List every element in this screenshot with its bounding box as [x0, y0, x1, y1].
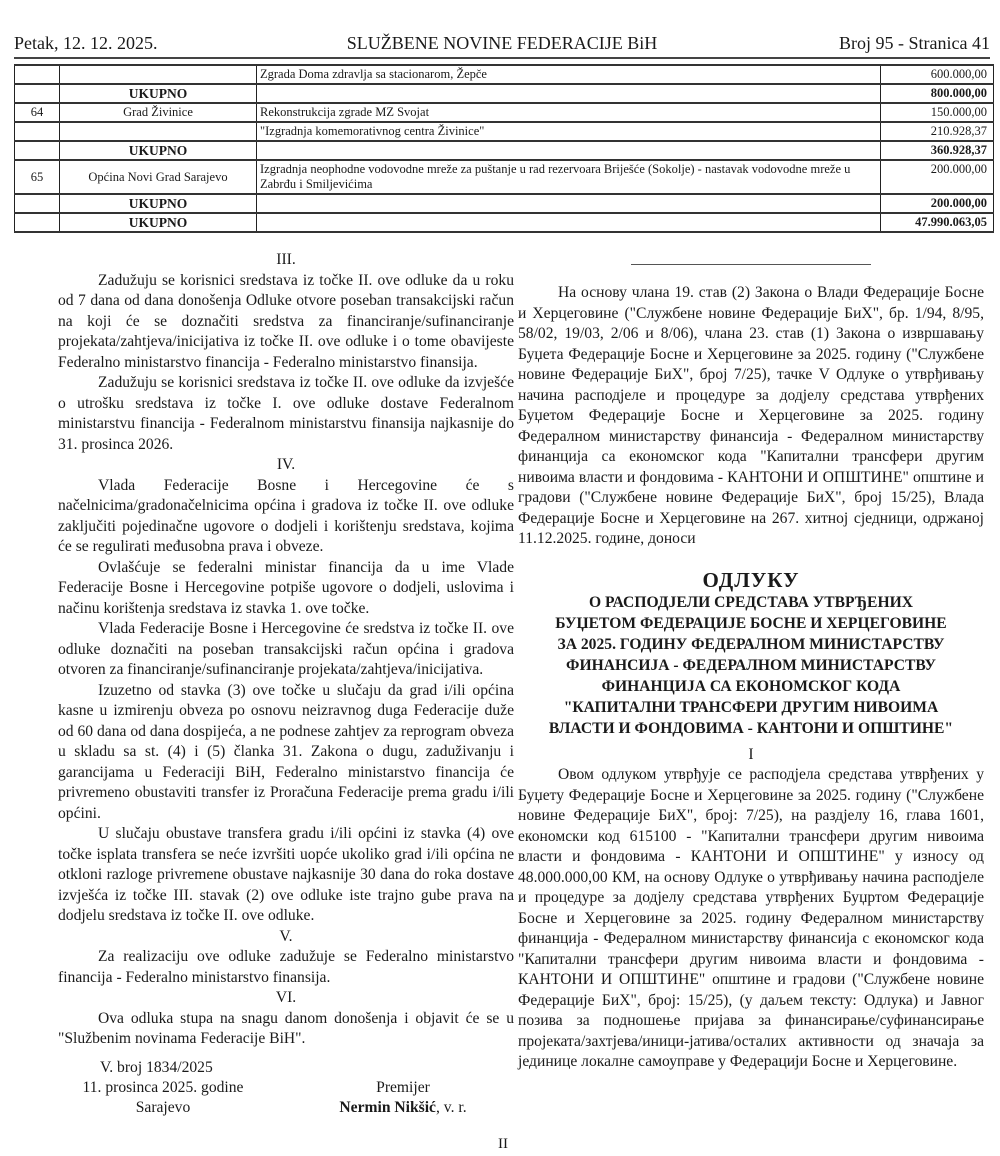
- project-description: "Izgradnja komemorativnog centra Živinic…: [257, 122, 881, 141]
- preamble: На основу члана 19. став (2) Закона о Вл…: [518, 283, 984, 550]
- row-number: [15, 141, 60, 160]
- project-description: [257, 194, 881, 213]
- paragraph: Ova odluka stupa na snagu danom donošenj…: [58, 1009, 514, 1050]
- row-number: [15, 84, 60, 103]
- paragraph: Vlada Federacije Bosne i Hercegovine će …: [58, 619, 514, 681]
- section-heading: III.: [58, 250, 514, 271]
- section-heading: V.: [58, 927, 514, 948]
- decision-date: 11. prosinca 2025. godine: [78, 1078, 248, 1098]
- total-amount: 200.000,00: [881, 194, 994, 213]
- total-amount: 360.928,37: [881, 141, 994, 160]
- beneficiary-name: Općina Novi Grad Sarajevo: [60, 160, 257, 194]
- grand-total-row: UKUPNO47.990.063,05: [15, 213, 994, 232]
- right-column: На основу члана 19. став (2) Закона о Вл…: [518, 250, 984, 1073]
- decision-title: ОДЛУКУ: [518, 568, 984, 592]
- section-i-text: Овом одлуком утврђује се расподјела сред…: [518, 765, 984, 1073]
- paragraph: Zadužuju se korisnici sredstava iz točke…: [58, 373, 514, 455]
- project-amount: 200.000,00: [881, 160, 994, 194]
- paragraph: Zadužuju se korisnici sredstava iz točke…: [58, 271, 514, 374]
- signature-block: V. broj 1834/2025 11. prosinca 2025. god…: [58, 1058, 514, 1130]
- decision-subtitle-line: О РАСПОДЈЕЛИ СРЕДСТАВА УТВРЂЕНИХ: [518, 592, 984, 613]
- beneficiary-name: Grad Živinice: [60, 103, 257, 122]
- allocation-table: Zgrada Doma zdravlja sa stacionarom, Žep…: [14, 64, 994, 233]
- row-number: [15, 65, 60, 84]
- beneficiary-name: [60, 122, 257, 141]
- decision-reference: V. broj 1834/2025: [78, 1058, 248, 1078]
- decision-subtitle-line: ФИНАНСИЈА - ФЕДЕРАЛНОМ МИНИСТАРСТВУ: [518, 655, 984, 676]
- row-number: [15, 122, 60, 141]
- table-row: 64Grad ŽiviniceRekonstrukcija zgrade MZ …: [15, 103, 994, 122]
- left-column: III.Zadužuju se korisnici sredstava iz t…: [58, 250, 514, 1130]
- subtotal-row: UKUPNO800.000,00: [15, 84, 994, 103]
- row-number: [15, 194, 60, 213]
- decision-subtitle-line: ФИНАНЦИЈА СА ЕКОНОМСКОГ КОДА: [518, 676, 984, 697]
- total-amount: 47.990.063,05: [881, 213, 994, 232]
- paragraph: U slučaju obustave transfera gradu i/ili…: [58, 824, 514, 927]
- project-amount: 150.000,00: [881, 103, 994, 122]
- signatory-name: Nermin Nikšić: [339, 1099, 436, 1116]
- total-label: UKUPNO: [60, 213, 257, 232]
- row-number: 65: [15, 160, 60, 194]
- paragraph: Za realizaciju ove odluke zadužuje se Fe…: [58, 947, 514, 988]
- row-number: 64: [15, 103, 60, 122]
- paragraph: Ovlašćuje se federalni ministar financij…: [58, 558, 514, 620]
- project-description: [257, 213, 881, 232]
- next-section-heading: II: [498, 1136, 508, 1153]
- total-label: UKUPNO: [60, 194, 257, 213]
- decision-subtitle-line: ЗА 2025. ГОДИНУ ФЕДЕРАЛНОМ МИНИСТАРСТВУ: [518, 634, 984, 655]
- project-description: [257, 141, 881, 160]
- decision-place: Sarajevo: [78, 1098, 248, 1118]
- decision-subtitle: О РАСПОДЈЕЛИ СРЕДСТАВА УТВРЂЕНИХБУЏЕТОМ …: [518, 592, 984, 739]
- section-heading-i: I: [518, 745, 984, 766]
- total-label: UKUPNO: [60, 141, 257, 160]
- project-description: Izgradnja neophodne vodovodne mreže za p…: [257, 160, 881, 194]
- section-heading: VI.: [58, 988, 514, 1009]
- subtotal-row: UKUPNO360.928,37: [15, 141, 994, 160]
- project-amount: 600.000,00: [881, 65, 994, 84]
- row-number: [15, 213, 60, 232]
- table-row: Zgrada Doma zdravlja sa stacionarom, Žep…: [15, 65, 994, 84]
- project-description: Zgrada Doma zdravlja sa stacionarom, Žep…: [257, 65, 881, 84]
- table-row: 65Općina Novi Grad SarajevoIzgradnja neo…: [15, 160, 994, 194]
- page-header: Petak, 12. 12. 2025. SLUŽBENE NOVINE FED…: [14, 30, 990, 59]
- paragraph: Izuzetno od stavka (3) ove točke u sluča…: [58, 681, 514, 825]
- total-label: UKUPNO: [60, 84, 257, 103]
- decision-subtitle-line: ВЛАСТИ И ФОНДОВИМА - КАНТОНИ И ОПШТИНЕ": [518, 718, 984, 739]
- section-divider: [631, 264, 871, 265]
- decision-subtitle-line: БУЏЕТОМ ФЕДЕРАЦИЈЕ БОСНЕ И ХЕРЦЕГОВИНЕ: [518, 613, 984, 634]
- total-amount: 800.000,00: [881, 84, 994, 103]
- beneficiary-name: [60, 65, 257, 84]
- section-heading: IV.: [58, 455, 514, 476]
- project-amount: 210.928,37: [881, 122, 994, 141]
- decision-subtitle-line: "КАПИТАЛНИ ТРАНСФЕРИ ДРУГИМ НИВОИМА: [518, 697, 984, 718]
- signatory-suffix: , v. r.: [436, 1099, 467, 1116]
- signatory-role: Premijer: [318, 1078, 488, 1098]
- issue-page-number: Broj 95 - Stranica 41: [839, 33, 990, 54]
- project-description: Rekonstrukcija zgrade MZ Svojat: [257, 103, 881, 122]
- subtotal-row: UKUPNO200.000,00: [15, 194, 994, 213]
- issue-date: Petak, 12. 12. 2025.: [14, 33, 158, 54]
- table-row: "Izgradnja komemorativnog centra Živinic…: [15, 122, 994, 141]
- project-description: [257, 84, 881, 103]
- paragraph: Vlada Federacije Bosne i Hercegovine će …: [58, 476, 514, 558]
